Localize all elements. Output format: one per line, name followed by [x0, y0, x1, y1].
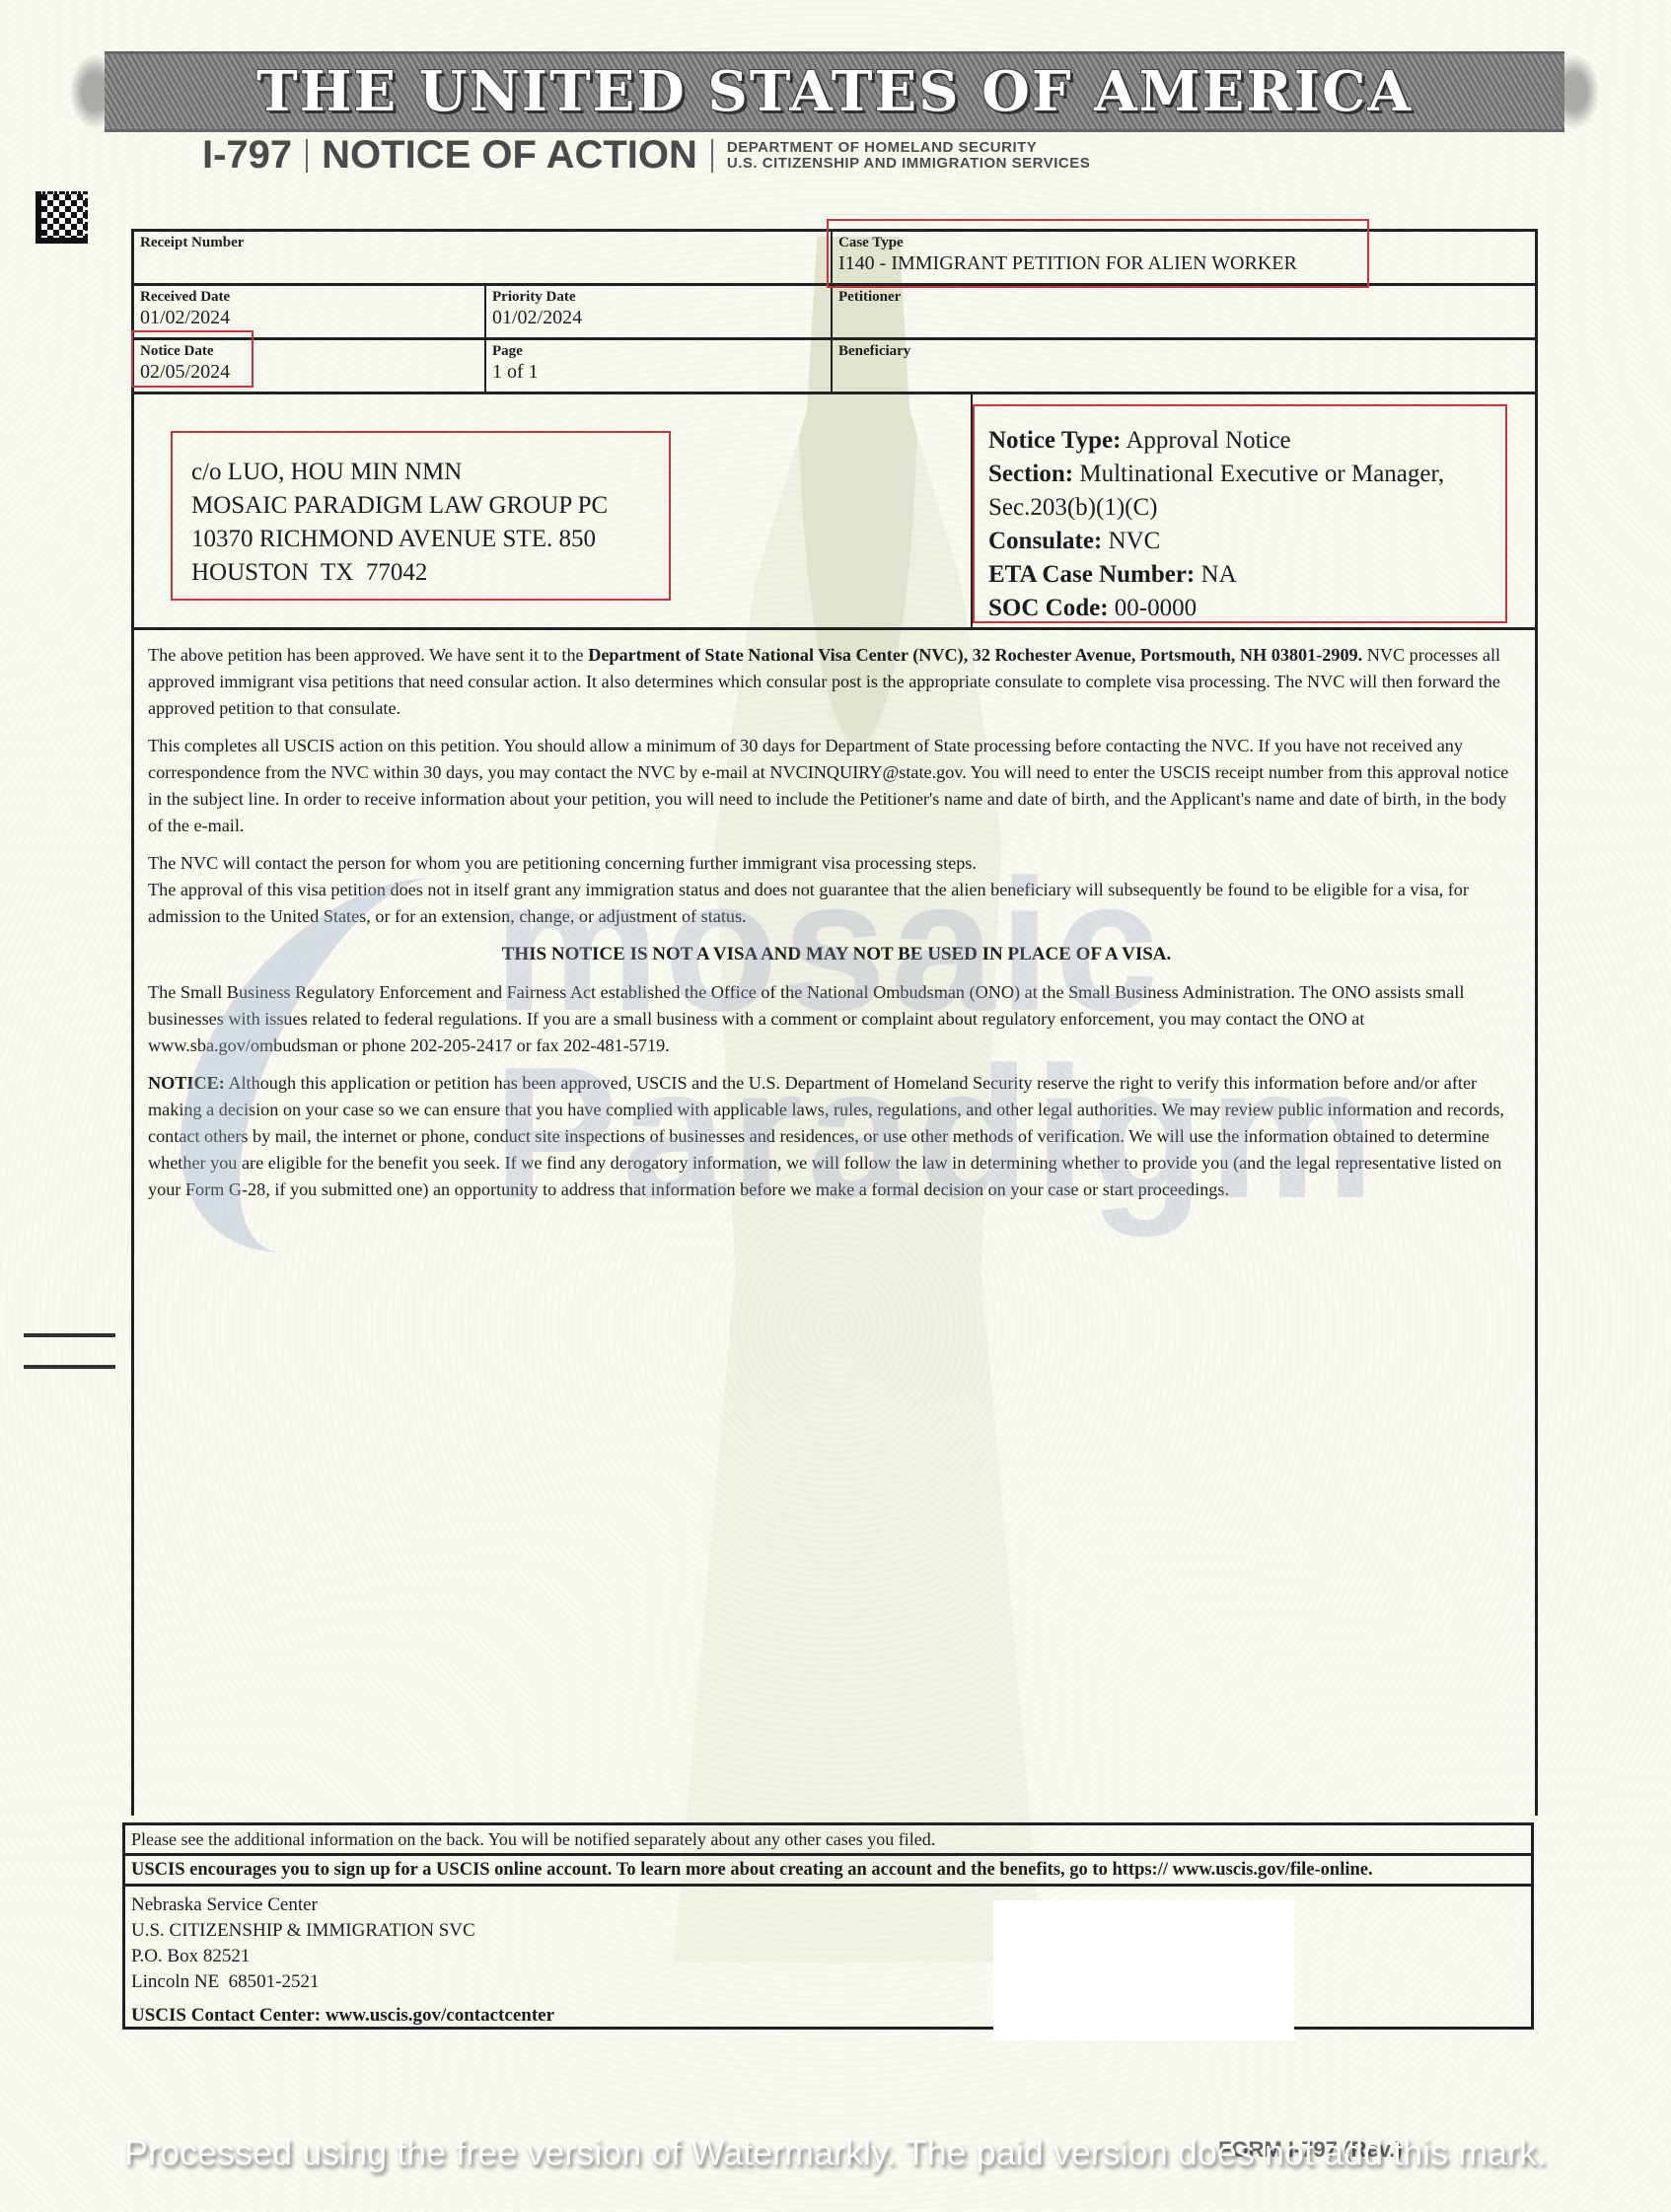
mailing-address-block: c/o LUO, HOU MIN NMN MOSAIC PARADIGM LAW…: [134, 394, 971, 627]
page-cell: Page 1 of 1: [484, 340, 831, 392]
form-title: NOTICE OF ACTION: [322, 133, 697, 178]
datamatrix-barcode-icon: [36, 191, 88, 244]
department-name: DEPARTMENT OF HOMELAND SECURITY U.S. CIT…: [727, 140, 1090, 172]
form-number: I-797: [202, 133, 292, 178]
additional-info-note: Please see the additional information on…: [125, 1825, 1531, 1856]
page-value: 1 of 1: [492, 360, 825, 384]
notice-date-cell: Notice Date 02/05/2024: [134, 340, 484, 392]
priority-date-value: 01/02/2024: [492, 306, 825, 329]
paragraph-nvc-steps: The NVC will contact the person for whom…: [148, 850, 1525, 877]
notice-details: Notice Type: Approval Notice Section: Mu…: [988, 424, 1444, 625]
received-date-cell: Received Date 01/02/2024: [134, 286, 484, 337]
service-center-line: Nebraska Service Center: [131, 1892, 1525, 1918]
notice-type: Notice Type: Approval Notice: [988, 424, 1444, 458]
beneficiary-cell: Beneficiary: [831, 340, 1535, 392]
petitioner-cell: Petitioner: [831, 286, 1535, 337]
soc-code: SOC Code: 00-0000: [988, 592, 1444, 625]
contact-center-link[interactable]: USCIS Contact Center: www.uscis.gov/cont…: [131, 2003, 1525, 2029]
banner-title: THE UNITED STATES OF AMERICA: [256, 59, 1413, 124]
not-a-visa-warning: THIS NOTICE IS NOT A VISA AND MAY NOT BE…: [148, 941, 1525, 967]
case-row-2: Received Date 01/02/2024 Priority Date 0…: [134, 286, 1535, 340]
section: Section: Multinational Executive or Mana…: [988, 458, 1444, 491]
paragraph-nvc-contact: This completes all USCIS action on this …: [148, 733, 1525, 839]
national-banner: THE UNITED STATES OF AMERICA: [65, 47, 1604, 136]
paragraph-ombudsman: The Small Business Regulatory Enforcemen…: [148, 979, 1525, 1059]
service-center-line: P.O. Box 82521: [131, 1944, 1525, 1969]
notice-body: The above petition has been approved. We…: [134, 630, 1535, 1816]
case-type-cell: Case Type I140 - IMMIGRANT PETITION FOR …: [831, 232, 1535, 283]
mailing-address: c/o LUO, HOU MIN NMN MOSAIC PARADIGM LAW…: [191, 456, 608, 590]
form-heading: I-797 NOTICE OF ACTION DEPARTMENT OF HOM…: [202, 133, 1090, 178]
section-code: Sec.203(b)(1)(C): [988, 491, 1444, 525]
case-row-3: Notice Date 02/05/2024 Page 1 of 1 Benef…: [134, 340, 1535, 394]
case-row-1: Receipt Number Case Type I140 - IMMIGRAN…: [134, 232, 1535, 286]
watermarkly-notice: Processed using the free version of Wate…: [0, 2132, 1671, 2174]
fold-mark: [24, 1333, 115, 1337]
notice-details-block: Notice Type: Approval Notice Section: Mu…: [971, 394, 1535, 627]
paragraph-status-disclaimer: The approval of this visa petition does …: [148, 877, 1525, 930]
banner-ornament-right: [1545, 47, 1604, 136]
redacted-area: [993, 1900, 1294, 2040]
service-center-block: Nebraska Service Center U.S. CITIZENSHIP…: [125, 1887, 1531, 2027]
heading-divider: [306, 139, 308, 173]
received-date-value: 01/02/2024: [140, 306, 478, 329]
address-and-notice-section: c/o LUO, HOU MIN NMN MOSAIC PARADIGM LAW…: [134, 394, 1535, 630]
eta-case-number: ETA Case Number: NA: [988, 558, 1444, 592]
fold-mark: [24, 1365, 115, 1369]
notice-date-value: 02/05/2024: [140, 360, 478, 384]
receipt-number-cell: Receipt Number: [134, 232, 831, 283]
case-type-value: I140 - IMMIGRANT PETITION FOR ALIEN WORK…: [838, 251, 1529, 275]
heading-divider: [711, 139, 713, 173]
service-center-line: Lincoln NE 68501-2521: [131, 1969, 1525, 1995]
priority-date-cell: Priority Date 01/02/2024: [484, 286, 831, 337]
paragraph-approval: The above petition has been approved. We…: [148, 642, 1525, 722]
online-account-note: USCIS encourages you to sign up for a US…: [125, 1856, 1531, 1887]
service-center-line: U.S. CITIZENSHIP & IMMIGRATION SVC: [131, 1918, 1525, 1944]
consulate: Consulate: NVC: [988, 525, 1444, 558]
paragraph-verification-notice: NOTICE: Although this application or pet…: [148, 1070, 1525, 1203]
notice-footer: Please see the additional information on…: [122, 1822, 1534, 2030]
notice-form: Receipt Number Case Type I140 - IMMIGRAN…: [131, 229, 1538, 1816]
